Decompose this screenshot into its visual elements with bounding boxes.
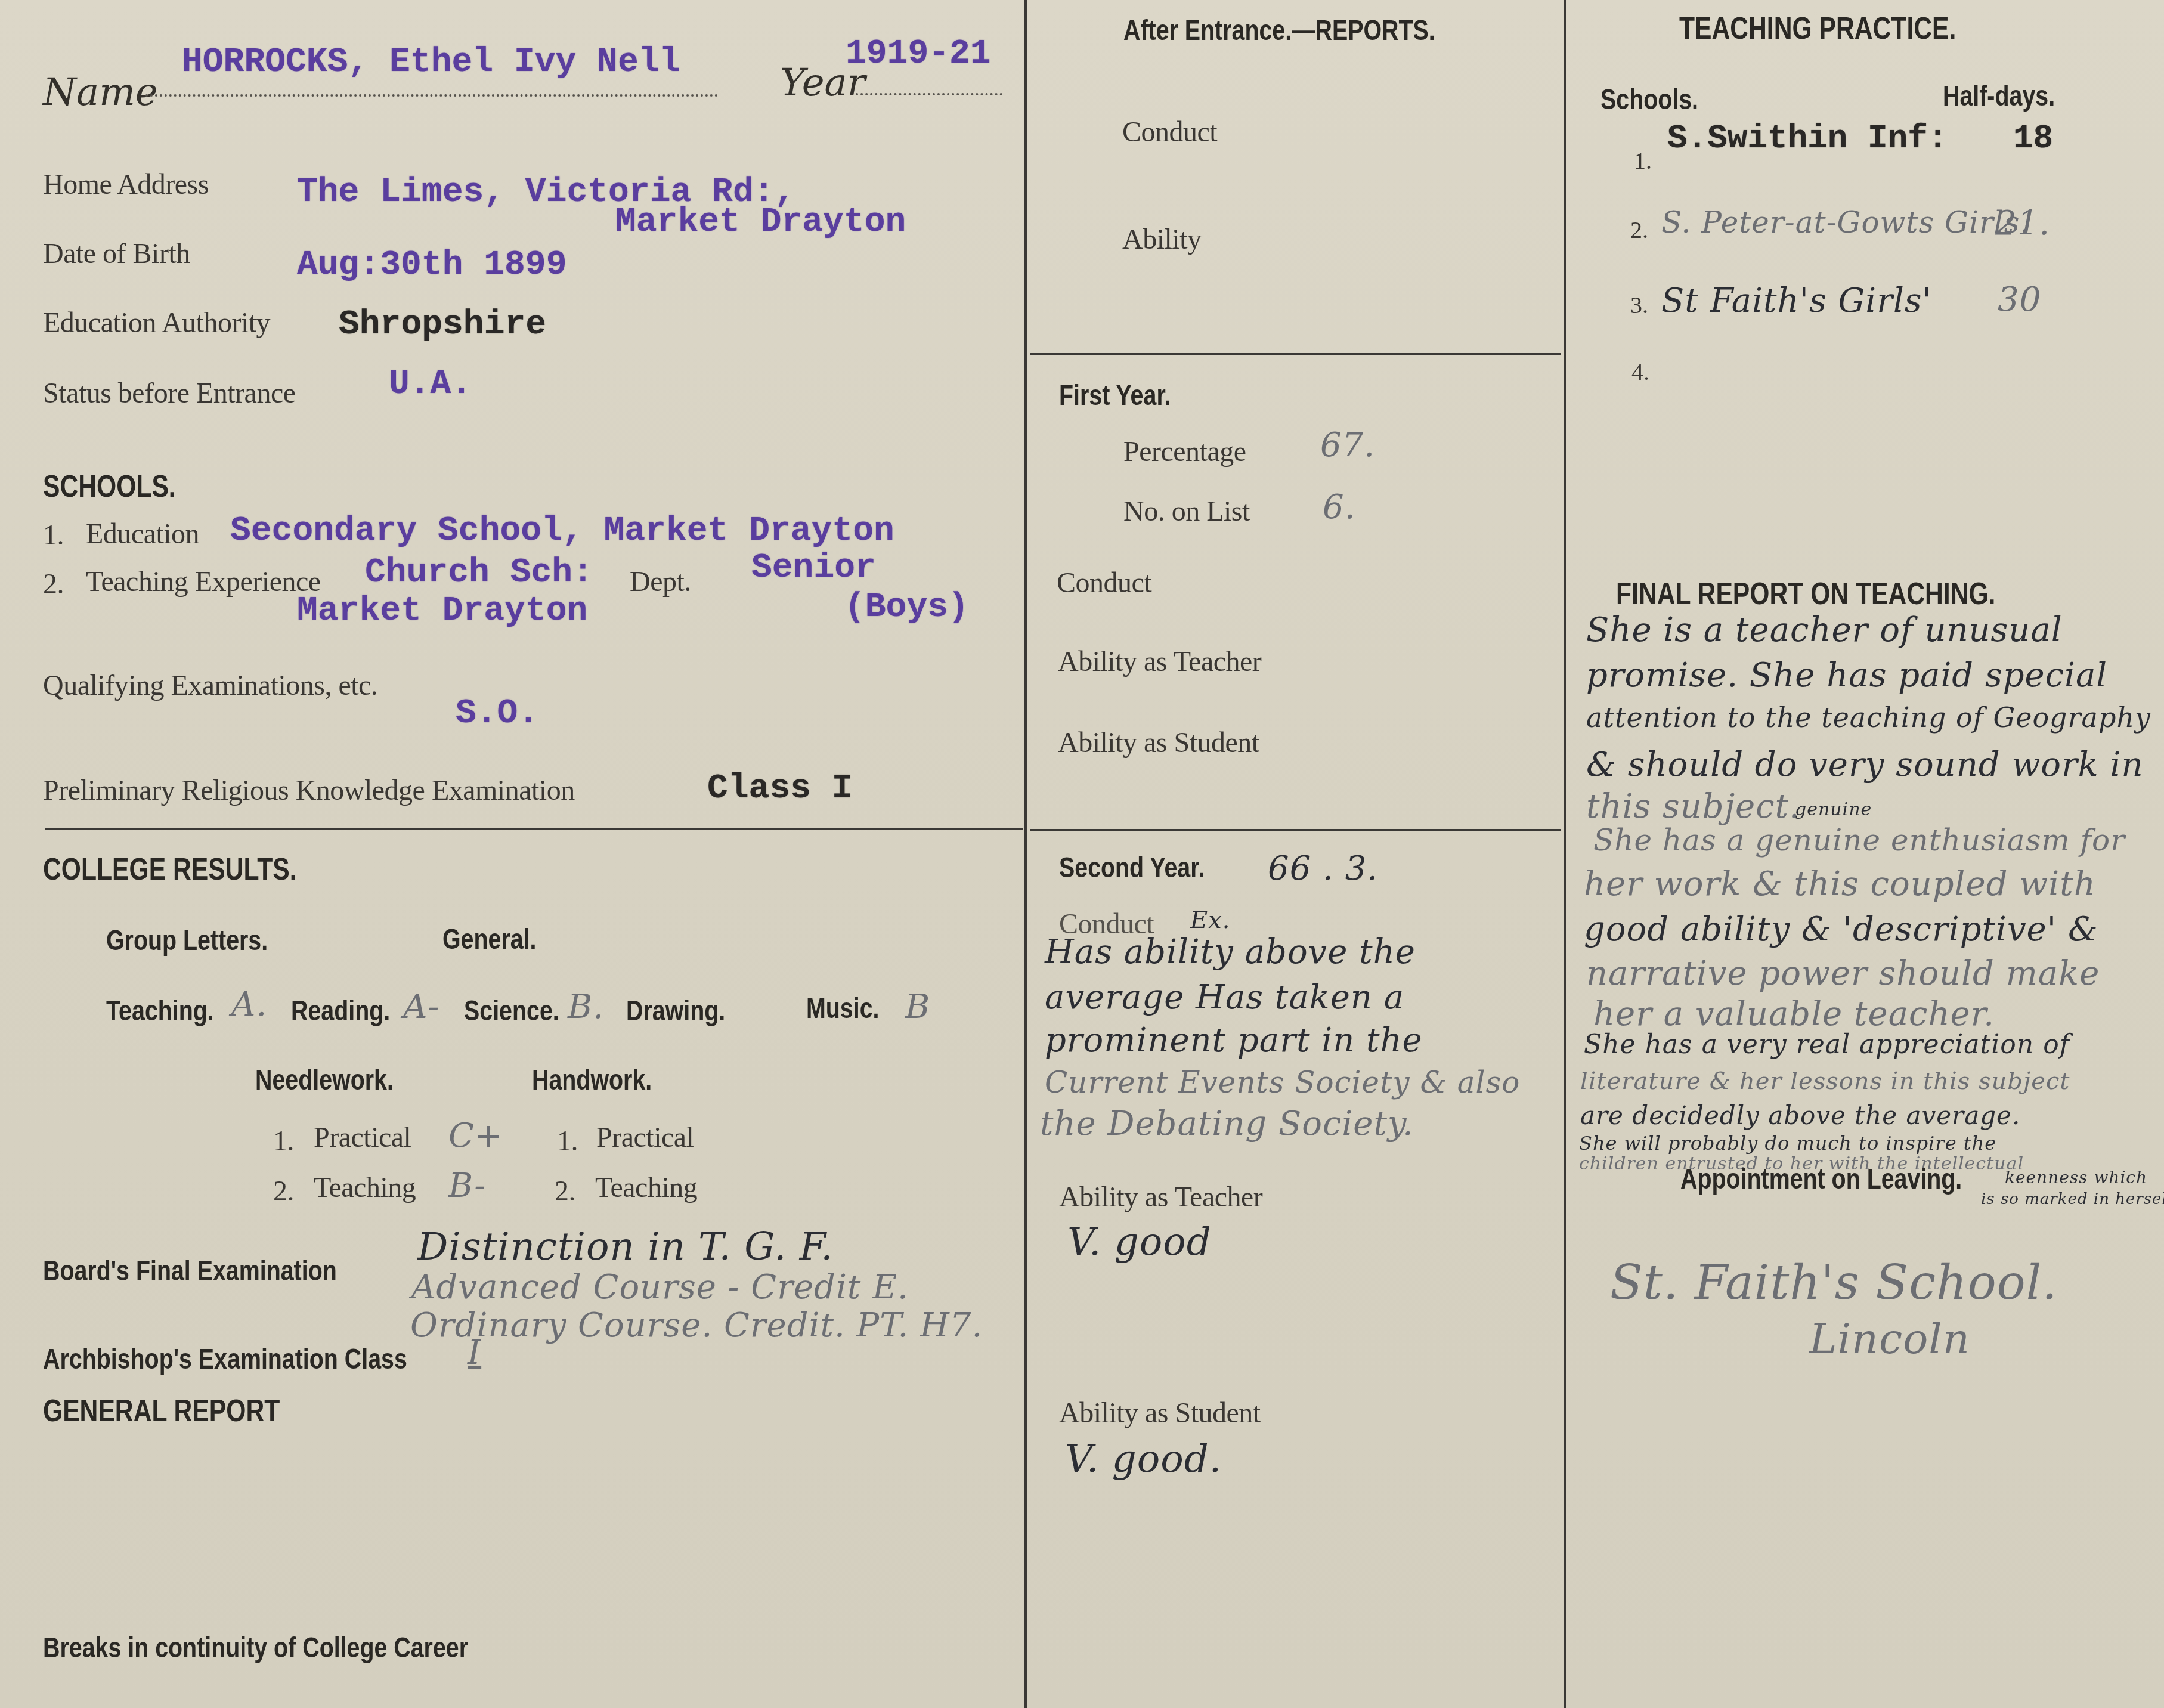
experience-value-line2: Market Drayton — [297, 592, 587, 630]
authority-value: Shropshire — [339, 305, 546, 344]
second-year-conduct-value: Ex. — [1190, 906, 1230, 934]
final-report-line: narrative power should make — [1586, 954, 2100, 993]
second-year-comment-line2: average Has taken a — [1045, 978, 1404, 1017]
religious-value: Class I — [707, 769, 853, 808]
column-divider-left — [1024, 0, 1027, 1708]
practice-entry-num: 2. — [1630, 216, 1648, 244]
first-year-list-value: 6. — [1323, 488, 1355, 527]
breaks-label: Breaks in continuity of College Career — [43, 1632, 468, 1664]
record-card: Name HORROCKS, Ethel Ivy Nell Year 1919-… — [0, 0, 2164, 1708]
archbishop-label: Archbishop's Examination Class — [43, 1343, 407, 1376]
column-divider-right — [1564, 0, 1566, 1708]
handwork-label: Handwork. — [532, 1064, 652, 1097]
name-dotted-line — [145, 94, 718, 97]
dept-value-line2: (Boys) — [844, 588, 969, 627]
practice-entry-num: 3. — [1630, 291, 1648, 319]
final-report-line: She will probably do much to inspire the — [1579, 1132, 1996, 1155]
handwork-practical-num: 1. — [557, 1125, 578, 1158]
home-address-line2: Market Drayton — [615, 203, 906, 242]
first-year-list-label: No. on List — [1123, 495, 1250, 528]
subject-reading-label: Reading. — [291, 995, 390, 1028]
schools-heading: SCHOOLS. — [43, 469, 176, 505]
second-year-teacher-label: Ability as Teacher — [1059, 1181, 1262, 1214]
education-num: 1. — [43, 519, 64, 552]
practice-entry-num: 4. — [1631, 358, 1649, 386]
final-report-line: promise. She has paid special — [1586, 656, 2107, 695]
divider-first-year — [1030, 353, 1561, 355]
experience-num: 2. — [43, 568, 64, 601]
entrance-ability-label: Ability — [1122, 223, 1202, 256]
practice-entry-halfdays: 30 — [1998, 280, 2041, 319]
final-report-line: attention to the teaching of Geography — [1586, 701, 2151, 734]
final-report-line: her a valuable teacher. — [1593, 995, 1995, 1034]
archbishop-value: I — [468, 1333, 481, 1372]
subject-reading-grade: A- — [403, 988, 439, 1026]
final-report-line: She is a teacher of unusual — [1586, 611, 2063, 649]
first-year-percentage-value: 67. — [1320, 426, 1375, 465]
second-year-comment-line4: Current Events Society & also — [1045, 1065, 1520, 1100]
needlework-label: Needlework. — [255, 1064, 394, 1097]
needlework-teaching-label: Teaching — [314, 1171, 416, 1204]
home-address-label: Home Address — [43, 168, 209, 201]
general-report-label: GENERAL REPORT — [43, 1393, 280, 1429]
divider-second-year — [1030, 829, 1561, 831]
final-report-line: She has a very real appreciation of — [1584, 1029, 2070, 1060]
final-report-line: her work & this coupled with — [1584, 865, 2096, 903]
halfdays-column-label: Half-days. — [1943, 80, 2055, 113]
dept-value-line1: Senior — [751, 549, 876, 587]
first-year-student-label: Ability as Student — [1058, 726, 1259, 759]
handwork-teaching-label: Teaching — [595, 1171, 697, 1204]
subject-science-label: Science. — [464, 995, 559, 1028]
qualifying-label: Qualifying Examinations, etc. — [43, 669, 377, 702]
final-report-heading: FINAL REPORT ON TEACHING. — [1616, 576, 1995, 612]
dob-label: Date of Birth — [43, 237, 190, 270]
boards-final-line2: Advanced Course - Credit E. — [411, 1268, 909, 1307]
needlework-practical-num: 1. — [273, 1125, 294, 1158]
subject-music-grade: B — [905, 988, 930, 1026]
second-year-student-label: Ability as Student — [1059, 1397, 1261, 1429]
reports-heading: After Entrance.—REPORTS. — [1123, 14, 1435, 47]
subject-science-grade: B. — [568, 988, 604, 1026]
practice-entry-school: St Faith's Girls' — [1661, 281, 1932, 320]
practice-entry-halfdays: 21. — [1995, 204, 2050, 243]
first-year-teacher-label: Ability as Teacher — [1058, 645, 1261, 678]
practice-entry-halfdays: 18 — [2013, 119, 2053, 157]
appointment-value-line1: St. Faith's School. — [1610, 1255, 2058, 1310]
second-year-heading: Second Year. — [1059, 852, 1205, 884]
practice-entry-school: S.Swithin Inf: — [1667, 119, 1948, 157]
status-label: Status before Entrance — [43, 377, 295, 410]
second-year-comment-line1: Has ability above the — [1045, 933, 1416, 971]
religious-label: Preliminary Religious Knowledge Examinat… — [43, 774, 575, 807]
dept-label: Dept. — [630, 565, 691, 598]
group-letters-label: Group Letters. — [106, 924, 268, 957]
qualifying-value: S.O. — [456, 694, 538, 733]
practice-entry-num: 1. — [1634, 147, 1652, 175]
authority-label: Education Authority — [43, 307, 270, 339]
boards-final-line1: Distinction in T. G. F. — [417, 1225, 833, 1269]
second-year-teacher-value: V. good — [1067, 1220, 1212, 1264]
subject-music-label: Music. — [806, 992, 879, 1025]
final-report-inserted-word: genuine — [1795, 799, 1872, 820]
handwork-practical-label: Practical — [596, 1121, 694, 1154]
first-year-conduct-label: Conduct — [1057, 567, 1151, 599]
appointment-label: Appointment on Leaving. — [1680, 1163, 1962, 1196]
final-report-line: good ability & 'descriptive' & — [1584, 910, 2098, 949]
status-value: U.A. — [389, 365, 472, 404]
second-year-comment-line3: prominent part in the — [1045, 1021, 1423, 1060]
second-year-student-value: V. good. — [1065, 1437, 1222, 1481]
subject-drawing-label: Drawing. — [626, 995, 725, 1028]
year-value: 1919-21 — [846, 35, 991, 73]
name-label: Name — [43, 70, 158, 115]
second-year-comment-line5: the Debating Society. — [1040, 1104, 1414, 1143]
experience-value-line1: Church Sch: — [365, 553, 593, 592]
teaching-practice-heading: TEACHING PRACTICE. — [1679, 11, 1956, 47]
final-report-line: She has a genuine enthusiasm for — [1593, 823, 2125, 858]
first-year-heading: First Year. — [1059, 379, 1171, 412]
final-report-line: & should do very sound work in — [1586, 745, 2144, 784]
subject-teaching-grade: A. — [231, 985, 267, 1024]
entrance-conduct-label: Conduct — [1122, 116, 1217, 148]
practice-entry-school: S. Peter-at-Gowts Girls. — [1661, 205, 2030, 240]
appointment-value-line2: Lincoln — [1809, 1314, 1970, 1363]
second-year-score: 66 . 3. — [1268, 849, 1378, 888]
final-report-line: literature & her lessons in this subject — [1580, 1067, 2070, 1095]
needlework-teaching-grade: B- — [448, 1166, 486, 1205]
experience-label: Teaching Experience — [86, 565, 321, 598]
needlework-practical-label: Practical — [314, 1121, 411, 1154]
education-label: Education — [86, 518, 199, 550]
needlework-teaching-num: 2. — [273, 1175, 294, 1208]
schools-column-label: Schools. — [1600, 83, 1698, 116]
general-label: General. — [442, 923, 537, 956]
divider-college-results — [45, 828, 1023, 830]
final-report-margin-note-line1: keenness which — [2005, 1168, 2147, 1187]
boards-final-line3: Ordinary Course. Credit. PT. H7. — [410, 1306, 983, 1345]
name-value: HORROCKS, Ethel Ivy Nell — [182, 43, 680, 82]
college-results-heading: COLLEGE RESULTS. — [43, 852, 297, 887]
final-report-margin-note-line2: is so marked in herself. — [1981, 1190, 2164, 1208]
boards-final-label: Board's Final Examination — [43, 1255, 337, 1288]
dob-value: Aug:30th 1899 — [297, 246, 566, 284]
year-dotted-line — [856, 93, 1002, 95]
final-report-line: are decidedly above the average. — [1580, 1101, 2020, 1130]
education-value: Secondary School, Market Drayton — [230, 512, 894, 550]
subject-teaching-label: Teaching. — [106, 995, 214, 1028]
first-year-percentage-label: Percentage — [1123, 435, 1246, 468]
handwork-teaching-num: 2. — [555, 1175, 575, 1208]
final-report-line: this subject. — [1586, 787, 1800, 826]
needlework-practical-grade: C+ — [448, 1116, 503, 1155]
